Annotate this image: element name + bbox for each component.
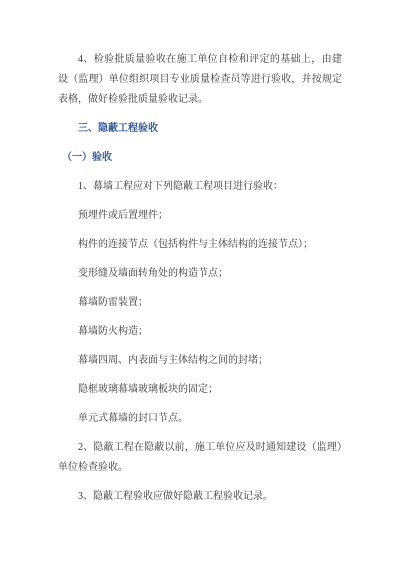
subsection-heading-acceptance: （一）验收 [58, 148, 342, 168]
list-item-embedded-parts: 预埋件或后置埋件； [58, 206, 342, 226]
list-item-connection-nodes: 构件的连接节点（包括构件与主体结构的连接节点）； [58, 235, 342, 255]
section-heading-concealed-work: 三、隐蔽工程验收 [58, 119, 342, 139]
list-item-hidden-frame-glass: 隐框玻璃幕墙玻璃板块的固定； [58, 380, 342, 400]
list-item-perimeter-sealing: 幕墙四周、内表面与主体结构之间的封堵； [58, 351, 342, 371]
list-item-fireproof-structure: 幕墙防火构造； [58, 322, 342, 342]
paragraph-inspection-lot: 4、检验批质量验收在施工单位自检和评定的基础上，由建设（监理）单位组织项目专业质… [58, 50, 342, 110]
numbered-item-3: 3、隐蔽工程验收应做好隐蔽工程验收记录。 [58, 487, 342, 507]
document-page: 4、检验批质量验收在施工单位自检和评定的基础上，由建设（监理）单位组织项目专业质… [0, 0, 400, 566]
numbered-item-1: 1、幕墙工程应对下列隐蔽工程项目进行验收： [58, 177, 342, 197]
list-item-deformation-joints: 变形缝及墙面转角处的构造节点； [58, 264, 342, 284]
list-item-lightning-device: 幕墙防雷装置； [58, 293, 342, 313]
numbered-item-2: 2、隐蔽工程在隐蔽以前，施工单位应及时通知建设（监理）单位检查验收。 [58, 438, 342, 478]
list-item-unitized-joints: 单元式幕墙的封口节点。 [58, 409, 342, 429]
